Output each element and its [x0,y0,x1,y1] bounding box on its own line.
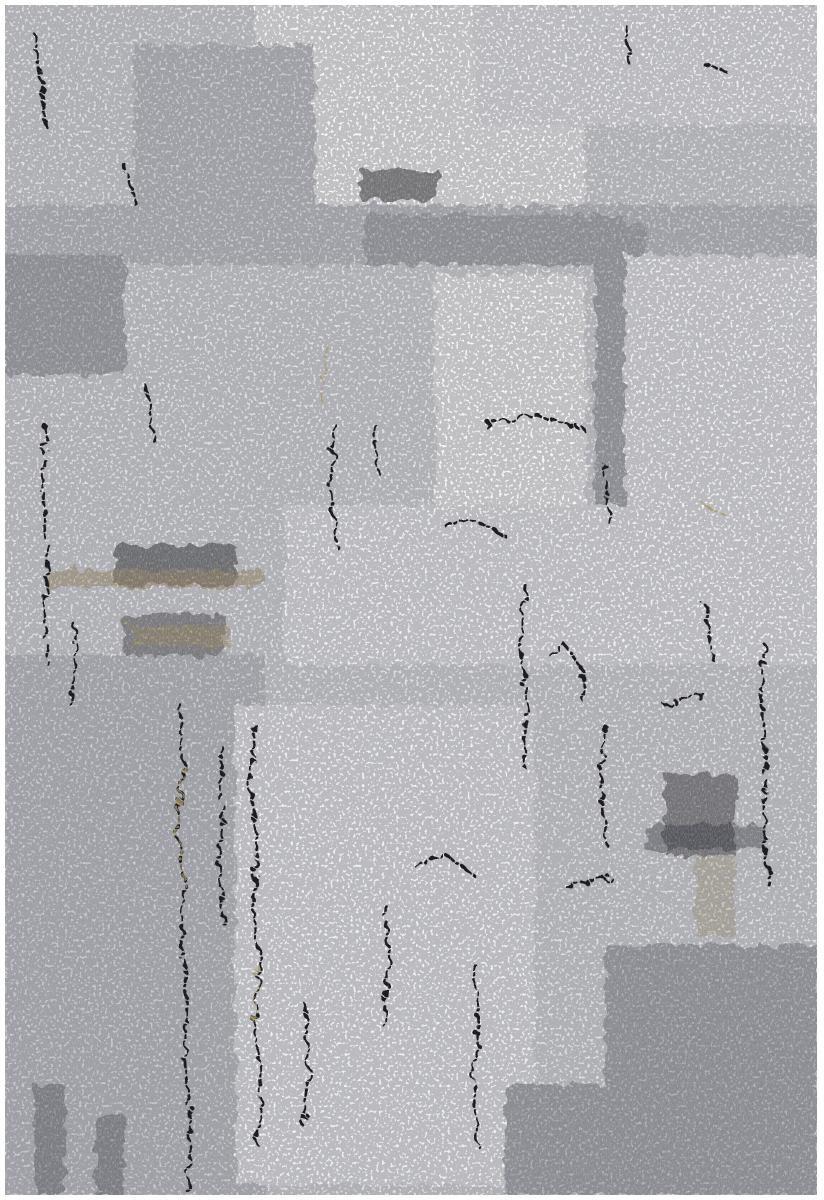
rug-pattern [5,5,817,1195]
rug-image: Grey and ivory abstract rug with black c… [5,5,817,1195]
